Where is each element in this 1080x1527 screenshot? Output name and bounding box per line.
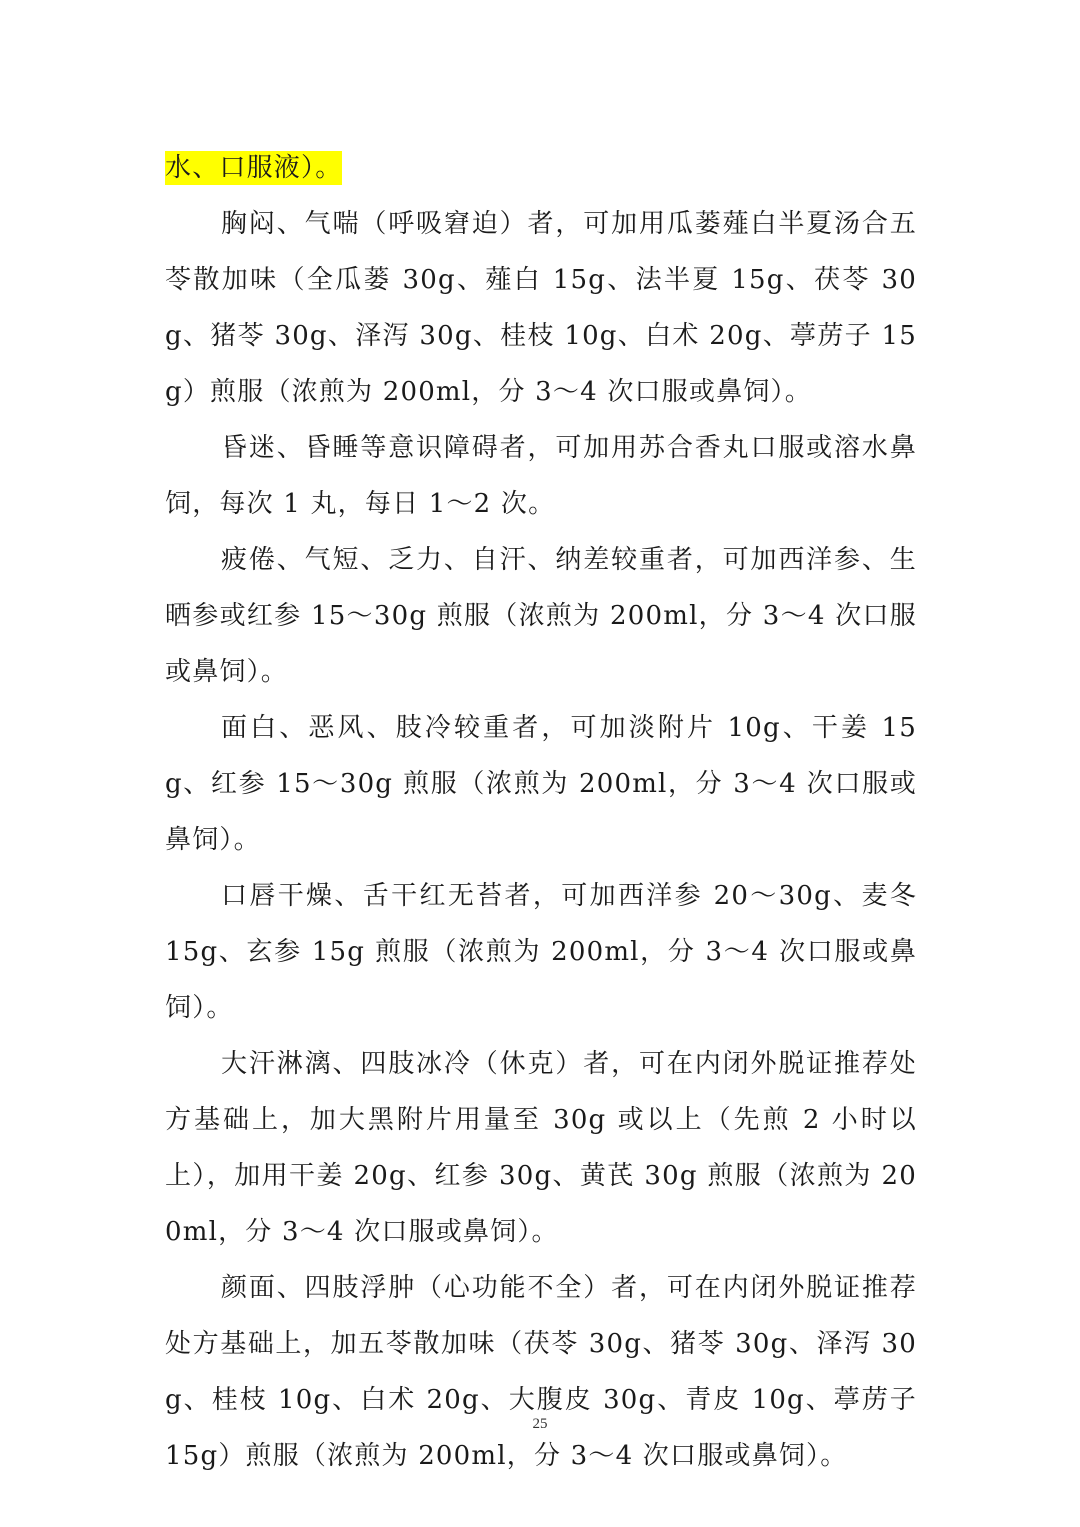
continuation-paragraph: 水、口服液）。: [165, 140, 917, 196]
page-number: 25: [0, 1416, 1080, 1433]
highlighted-text: 水、口服液）。: [165, 151, 342, 185]
paragraph-chest-tightness: 胸闷、气喘（呼吸窘迫）者，可加用瓜蒌薤白半夏汤合五苓散加味（全瓜蒌 30g、薤白…: [165, 196, 917, 420]
paragraph-coma: 昏迷、昏睡等意识障碍者，可加用苏合香丸口服或溶水鼻饲，每次 1 丸，每日 1～2…: [165, 420, 917, 532]
page-body: 水、口服液）。 胸闷、气喘（呼吸窘迫）者，可加用瓜蒌薤白半夏汤合五苓散加味（全瓜…: [165, 140, 917, 1484]
document-page: 水、口服液）。 胸闷、气喘（呼吸窘迫）者，可加用瓜蒌薤白半夏汤合五苓散加味（全瓜…: [0, 0, 1080, 1527]
paragraph-fatigue: 疲倦、气短、乏力、自汗、纳差较重者，可加西洋参、生晒参或红参 15～30g 煎服…: [165, 532, 917, 700]
paragraph-pale-cold: 面白、恶风、肢冷较重者，可加淡附片 10g、干姜 15g、红参 15～30g 煎…: [165, 700, 917, 868]
paragraph-edema: 颜面、四肢浮肿（心功能不全）者，可在内闭外脱证推荐处方基础上，加五苓散加味（茯苓…: [165, 1260, 917, 1484]
paragraph-dry-lips: 口唇干燥、舌干红无苔者，可加西洋参 20～30g、麦冬 15g、玄参 15g 煎…: [165, 868, 917, 1036]
paragraph-shock: 大汗淋漓、四肢冰冷（休克）者，可在内闭外脱证推荐处方基础上，加大黑附片用量至 3…: [165, 1036, 917, 1260]
